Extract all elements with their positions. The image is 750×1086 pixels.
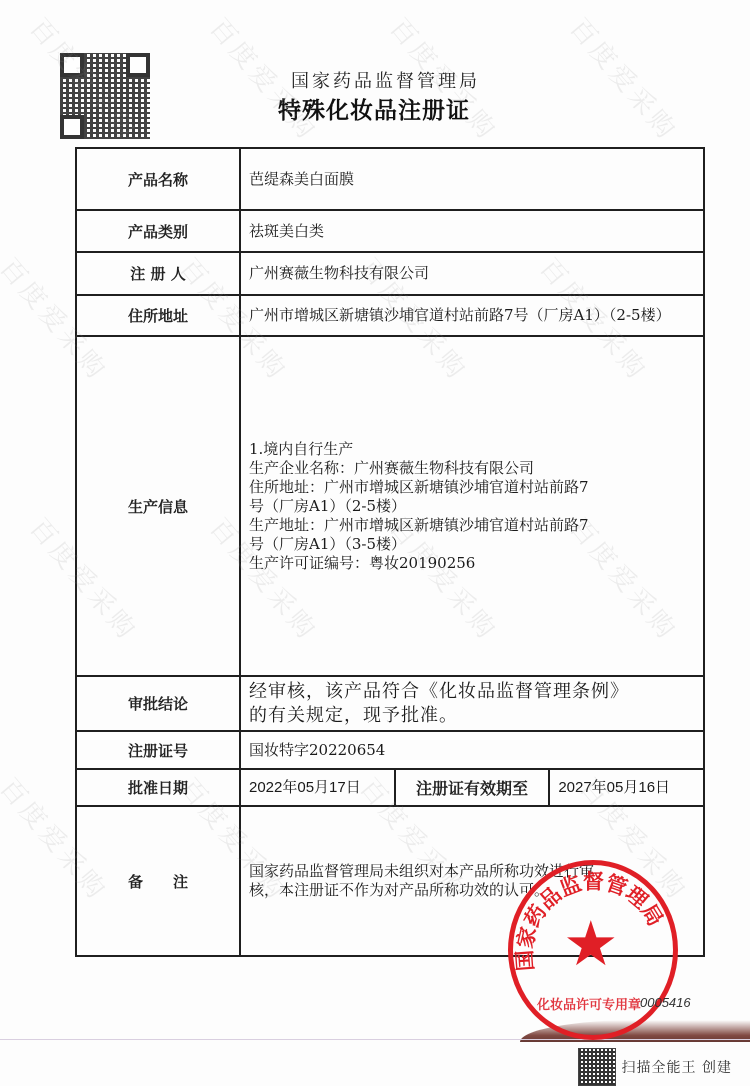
watermark: 百度爱采购: [563, 9, 688, 148]
production-line: 号（厂房A1）（2-5楼）: [249, 497, 695, 516]
label-registrant: 注 册 人: [76, 252, 240, 295]
issuer-name: 国家药品监督管理局: [291, 67, 480, 93]
approval-line-2: 的有关规定，现予批准。: [249, 704, 695, 728]
label-address: 住所地址: [76, 295, 240, 336]
row-product-name: 产品名称 芭缇森美白面膜: [76, 148, 704, 210]
value-address: 广州市增城区新塘镇沙埔官道村站前路7号（厂房A1）（2-5楼）: [240, 295, 704, 336]
label-production-info: 生产信息: [76, 336, 240, 676]
production-line: 1.境内自行生产: [249, 440, 695, 459]
seal-serial: 0005416: [640, 995, 691, 1010]
official-seal: 国家药品监督管理局 ★: [508, 860, 678, 1040]
value-validity: 2027年05月16日: [549, 769, 704, 806]
certificate-table: 产品名称 芭缇森美白面膜 产品类别 祛斑美白类 注 册 人 广州赛薇生物科技有限…: [75, 147, 705, 957]
label-approval-conclusion: 审批结论: [76, 676, 240, 731]
value-registrant: 广州赛薇生物科技有限公司: [240, 252, 704, 295]
seal-subtext: 化妆品许可专用章: [537, 994, 641, 1013]
label-product-name: 产品名称: [76, 148, 240, 210]
label-validity: 注册证有效期至: [395, 769, 550, 806]
approval-line-1: 经审核，该产品符合《化妆品监督管理条例》: [249, 680, 695, 704]
row-address: 住所地址 广州市增城区新塘镇沙埔官道村站前路7号（厂房A1）（2-5楼）: [76, 295, 704, 336]
production-line: 号（厂房A1）（3-5楼）: [249, 535, 695, 554]
value-product-category: 祛斑美白类: [240, 210, 704, 252]
row-production-info: 生产信息 1.境内自行生产 生产企业名称：广州赛薇生物科技有限公司 住所地址：广…: [76, 336, 704, 676]
row-registrant: 注 册 人 广州赛薇生物科技有限公司: [76, 252, 704, 295]
production-line: 生产企业名称：广州赛薇生物科技有限公司: [249, 459, 695, 478]
seal-star-icon: ★: [563, 913, 619, 975]
footer-divider: [0, 1039, 750, 1040]
scanner-label: 扫描全能王 创建: [622, 1057, 732, 1077]
value-production-info: 1.境内自行生产 生产企业名称：广州赛薇生物科技有限公司 住所地址：广州市增城区…: [240, 336, 704, 676]
value-approval-conclusion: 经审核，该产品符合《化妆品监督管理条例》 的有关规定，现予批准。: [240, 676, 704, 731]
production-line: 生产地址：广州市增城区新塘镇沙埔官道村站前路7: [249, 516, 695, 535]
row-approval-date: 批准日期 2022年05月17日 注册证有效期至 2027年05月16日: [76, 769, 704, 806]
scanner-footer: 扫描全能王 创建: [578, 1048, 732, 1086]
value-approval-date: 2022年05月17日: [240, 769, 395, 806]
row-product-category: 产品类别 祛斑美白类: [76, 210, 704, 252]
value-product-name: 芭缇森美白面膜: [240, 148, 704, 210]
production-line: 住所地址：广州市增城区新塘镇沙埔官道村站前路7: [249, 478, 695, 497]
value-registration-number: 国妆特字20220654: [240, 731, 704, 769]
row-registration-number: 注册证号 国妆特字20220654: [76, 731, 704, 769]
certificate-qr-code: [60, 53, 150, 139]
label-product-category: 产品类别: [76, 210, 240, 252]
label-registration-number: 注册证号: [76, 731, 240, 769]
label-remarks: 备 注: [76, 806, 240, 956]
production-line: 生产许可证编号：粤妆20190256: [249, 554, 695, 573]
scanner-qr-icon: [578, 1048, 616, 1086]
certificate-title: 特殊化妆品注册证: [278, 92, 470, 125]
label-approval-date: 批准日期: [76, 769, 240, 806]
row-approval-conclusion: 审批结论 经审核，该产品符合《化妆品监督管理条例》 的有关规定，现予批准。: [76, 676, 704, 731]
